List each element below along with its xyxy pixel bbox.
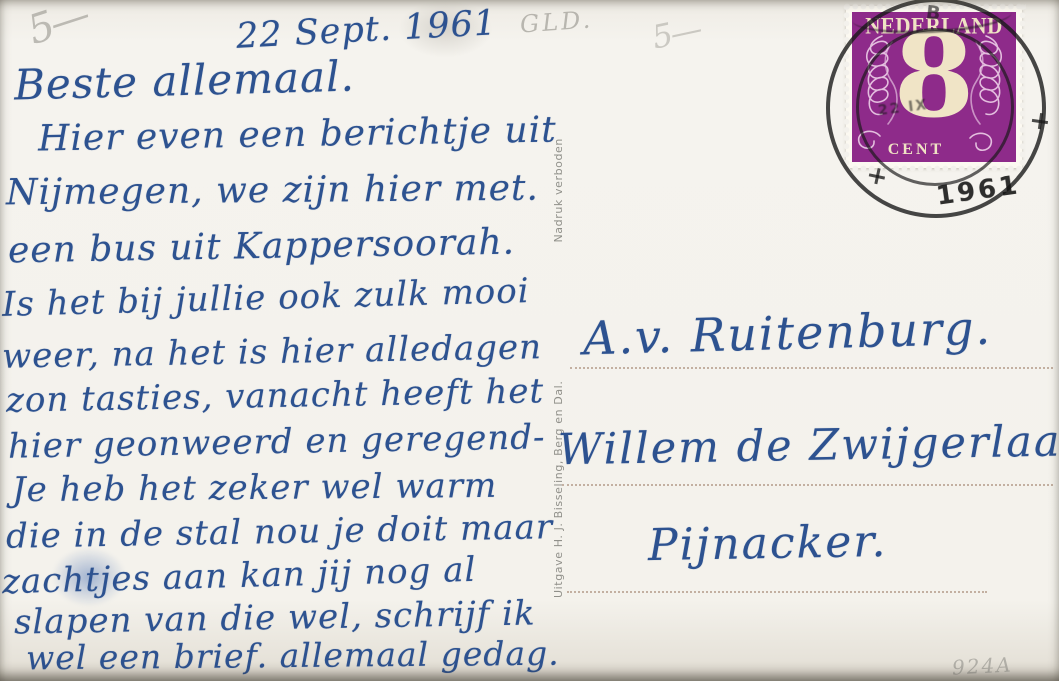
publisher-imprint: Uitgave H. J. Bisseling, Berg en Dal. Na… [552, 138, 565, 598]
postmark-cross-left [868, 167, 887, 186]
pencil-price-mark: 5— [22, 0, 93, 54]
address-line-2: Willem de Zwijgerlaan 49 [558, 415, 1059, 476]
message-line: wel een brief. allemaal gedag. [26, 634, 560, 678]
address-rule [562, 484, 1053, 486]
message-line: Nijmegen, we zijn hier met. [6, 168, 539, 214]
message-line: Is het bij jullie ook zulk mooi [2, 271, 531, 325]
pencil-price-mark-2: 5— [649, 9, 704, 56]
message-line: Hier even een berichtje uit [38, 109, 557, 159]
address-rule [570, 367, 1053, 369]
address-line-1: A.v. Ruitenburg. [582, 301, 992, 366]
message-line: zachtjes aan kan jij nog al [2, 550, 477, 602]
postcard-scan: 5— GLD. 5— 924A 22 Sept. 1961 Beste alle… [0, 0, 1059, 681]
message-line: hier geonweerd en geregend- [8, 417, 546, 466]
postmark-cross-right [1031, 112, 1049, 130]
message-line: weer, na het is hier alledagen [2, 327, 543, 376]
province-code-mark: GLD. [519, 5, 594, 38]
copyright-notice: Nadruk verboden [552, 138, 565, 243]
catalog-number-mark: 924A [951, 652, 1013, 679]
message-line: Je heb het zeker wel warm [12, 466, 498, 510]
publisher-name: Uitgave H. J. Bisseling, Berg en Dal. [552, 381, 565, 598]
message-line: Beste allemaal. [13, 52, 355, 110]
address-rule [567, 591, 987, 593]
address-line-3: Pijnacker. [648, 516, 888, 571]
handwritten-date: 22 Sept. 1961 [235, 3, 498, 57]
message-line: zon tasties, vanacht heeft het [6, 371, 545, 420]
message-line: een bus uit Kappersoorah. [8, 222, 516, 272]
